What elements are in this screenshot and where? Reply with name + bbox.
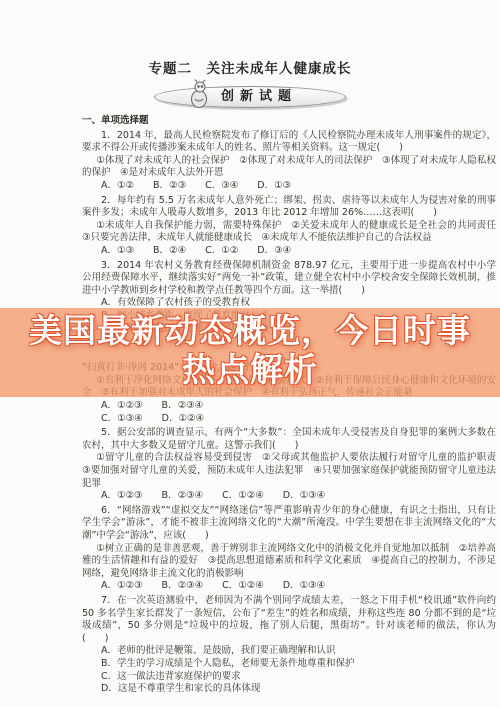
question-stem: 1．2014 年，最高人民检察院发布了修订后的《人民检察院办理未成年人刑事案件的… — [82, 130, 496, 155]
question-answers: A．①②③ B．②③④ C．①②④ D．①③④ — [82, 580, 496, 593]
question-stem: 5．据公安部的调查显示，有两个“大多数”：全国未成年人受侵害及自身犯罪的案例大多… — [82, 427, 496, 452]
mascot-icon — [188, 79, 210, 113]
question-option-a: A．老师的批评是鞭策、是鼓励，我们要正确理解和认识 — [82, 645, 496, 658]
question-stem: 7．在一次英语测验中，老师因为不满个别同学成绩太差，一怒之下用手机“校讯通”软件… — [82, 595, 496, 645]
question-options: ①体现了对未成年人的社会保护 ②体现了对未成年人的司法保护 ③体现了对未成年人隐… — [82, 155, 496, 180]
question-1: 1．2014 年，最高人民检察院发布了修订后的《人民检察院办理未成年人刑事案件的… — [82, 130, 496, 193]
page-title: 专题二 关注未成年人健康成长 — [0, 0, 500, 77]
question-option-d: D．这是不尊重学生和家长的具体体现 — [82, 683, 496, 696]
question-answers: A．①②③ B．②③④ C．①②④ D．①③④ — [82, 490, 496, 503]
banner-badge: 创新试题 — [154, 86, 346, 108]
question-2: 2．每年约有 5.5 万名未成年人意外死亡；绑架、拐卖、虐待等以未成年人为侵害对… — [82, 195, 496, 258]
banner-label: 创新试题 — [154, 86, 346, 107]
question-option-b: B．学生的学习成绩是个人隐私，老师要无条件地尊重和保护 — [82, 658, 496, 671]
overlay-headline-line2: 热点解析 — [0, 350, 500, 389]
questions-area: 一、单项选择题 1．2014 年，最高人民检察院发布了修订后的《人民检察院办理未… — [82, 115, 496, 696]
document-page: 专题二 关注未成年人健康成长 创新试题 一、单项选择题 1．2014 年，最高人… — [0, 0, 500, 707]
overlay-headline-line1: 美国最新动态概览，今日时事 — [0, 311, 500, 350]
question-answers-cd: C．①③④ D．①②④ — [82, 413, 496, 426]
question-5: 5．据公安部的调查显示，有两个“大多数”：全国未成年人受侵害及自身犯罪的案例大多… — [82, 427, 496, 503]
question-options: ①未成年人自我保护能力弱，需要特殊保护 ②关爱未成年人的健康成长是全社会的共同责… — [82, 220, 496, 245]
question-answers: A．①② B．②③ C．③④ D．①③ — [82, 180, 496, 193]
question-answers-ab: A．①②③ B．②③④ — [82, 400, 496, 413]
overlay-headline: 美国最新动态概览，今日时事 热点解析 — [0, 311, 500, 389]
question-answers: A．①③ B．②④ C．①② D．③④ — [82, 245, 496, 258]
question-6: 6．“网络游戏”“虚拟交友”“网络迷信”等严重影响青少年的身心健康，有识之士指出… — [82, 505, 496, 593]
question-option-c: C．这一做法违背家庭保护的要求 — [82, 671, 496, 684]
section-heading: 一、单项选择题 — [82, 115, 496, 128]
question-stem: 3．2014 年农村义务教育经费保障机制资金 878.97 亿元，主要用于进一步… — [82, 260, 496, 298]
question-7: 7．在一次英语测验中，老师因为不满个别同学成绩太差，一怒之下用手机“校讯通”软件… — [82, 595, 496, 696]
question-options: ①留守儿童的合法权益容易受到侵害 ②父母或其他监护人要依法履行对留守儿童的监护职… — [82, 452, 496, 490]
question-options: ①树立正确的是非善恶观，善于辨别非主流网络文化中的消极文化并自觉地加以抵制 ②培… — [82, 543, 496, 581]
question-stem: 6．“网络游戏”“虚拟交友”“网络迷信”等严重影响青少年的身心健康，有识之士指出… — [82, 505, 496, 543]
question-stem: 2．每年约有 5.5 万名未成年人意外死亡；绑架、拐卖、虐待等以未成年人为侵害对… — [82, 195, 496, 220]
